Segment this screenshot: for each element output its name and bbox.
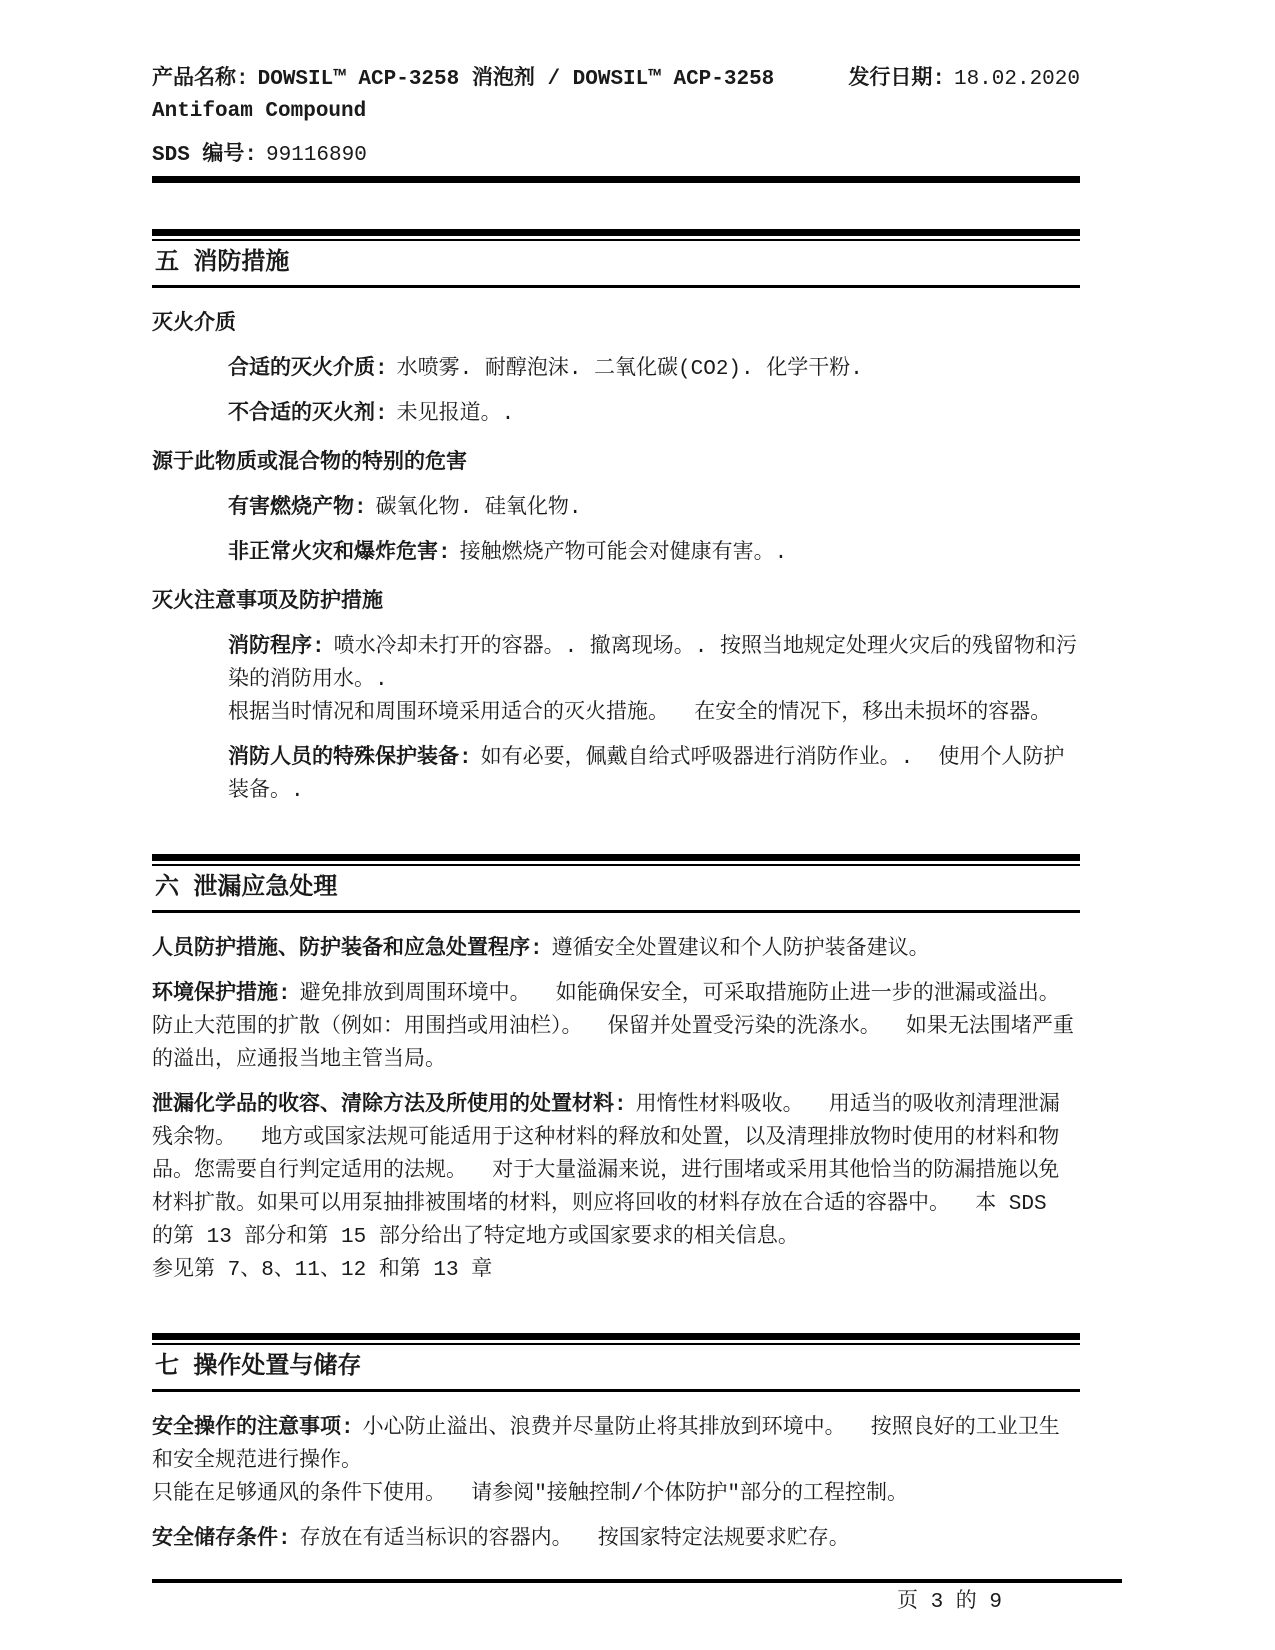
sds-number-label: SDS 编号: bbox=[152, 144, 257, 167]
firefighter-protective-equipment-label: 消防人员的特殊保护装备: bbox=[228, 747, 472, 770]
issue-date-value: 18.02.2020 bbox=[954, 68, 1080, 91]
firefighter-protective-equipment-paragraph: 消防人员的特殊保护装备:如有必要，佩戴自给式呼吸器进行消防作业。. 使用个人防护… bbox=[228, 742, 1080, 808]
hazardous-combustion-products-paragraph: 有害燃烧产物:碳氧化物. 硅氧化物. bbox=[228, 492, 1080, 525]
fire-fighting-procedures-paragraph: 消防程序:喷水冷却未打开的容器。. 撤离现场。. 按照当地规定处理火灾后的残留物… bbox=[228, 631, 1080, 730]
section-6-body: 人员防护措施、防护装备和应急处置程序:遵循安全处置建议和个人防护装备建议。 环境… bbox=[152, 933, 1080, 1287]
personal-precautions-value: 遵循安全处置建议和个人防护装备建议。 bbox=[552, 938, 930, 961]
section-6-accidental-release-measures: 六 泄漏应急处理 人员防护措施、防护装备和应急处置程序:遵循安全处置建议和个人防… bbox=[152, 854, 1080, 1287]
section-7-rule-top-thick bbox=[152, 1333, 1080, 1340]
personal-precautions-label: 人员防护措施、防护装备和应急处置程序: bbox=[152, 938, 543, 961]
fire-fighting-procedures-value: 喷水冷却未打开的容器。. 撤离现场。. 按照当地规定处理火灾后的残留物和污染的消… bbox=[228, 636, 1077, 725]
section-5-rule-bottom bbox=[152, 285, 1080, 288]
page-header: 产品名称:DOWSIL™ ACP-3258 消泡剂 / DOWSIL™ ACP-… bbox=[152, 64, 1080, 183]
firefighting-advice-subheading: 灭火注意事项及防护措施 bbox=[152, 586, 1080, 619]
containment-cleanup-label: 泄漏化学品的收容、清除方法及所使用的处置材料: bbox=[152, 1094, 627, 1117]
header-top-row: 产品名称:DOWSIL™ ACP-3258 消泡剂 / DOWSIL™ ACP-… bbox=[152, 64, 1080, 128]
suitable-extinguishing-media-paragraph: 合适的灭火介质:水喷雾. 耐醇泡沫. 二氧化碳(CO2). 化学干粉. bbox=[228, 353, 1080, 386]
section-6-header: 六 泄漏应急处理 bbox=[152, 854, 1080, 913]
section-7-title: 七 操作处置与储存 bbox=[155, 1353, 1080, 1383]
safe-storage-label: 安全储存条件: bbox=[152, 1528, 291, 1551]
section-6-rule-top-thick bbox=[152, 854, 1080, 861]
unusual-fire-hazards-value: 接触燃烧产物可能会对健康有害。. bbox=[460, 542, 788, 565]
environmental-precautions-label: 环境保护措施: bbox=[152, 983, 291, 1006]
extinguishing-media-subheading: 灭火介质 bbox=[152, 308, 1080, 341]
product-name-label: 产品名称: bbox=[152, 68, 249, 91]
sds-number: SDS 编号:99116890 bbox=[152, 140, 1080, 172]
section-7-rule-bottom bbox=[152, 1389, 1080, 1392]
section-7-rule-top-thin bbox=[152, 1343, 1080, 1345]
safe-storage-value: 存放在有适当标识的容器内。 按国家特定法规要求贮存。 bbox=[300, 1528, 850, 1551]
sds-number-value: 99116890 bbox=[266, 144, 367, 167]
sds-document-page: 产品名称:DOWSIL™ ACP-3258 消泡剂 / DOWSIL™ ACP-… bbox=[0, 0, 1275, 1650]
section-5-fire-fighting-measures: 五 消防措施 灭火介质 合适的灭火介质:水喷雾. 耐醇泡沫. 二氧化碳(CO2)… bbox=[152, 229, 1080, 808]
footer-rule bbox=[152, 1579, 1122, 1583]
special-hazards-subheading: 源于此物质或混合物的特别的危害 bbox=[152, 447, 1080, 480]
containment-cleanup-value: 用惰性材料吸收。 用适当的吸收剂清理泄漏残余物。 地方或国家法规可能适用于这种材… bbox=[152, 1094, 1060, 1282]
unusual-fire-hazards-label: 非正常火灾和爆炸危害: bbox=[228, 542, 451, 565]
section-5-body: 灭火介质 合适的灭火介质:水喷雾. 耐醇泡沫. 二氧化碳(CO2). 化学干粉.… bbox=[152, 308, 1080, 808]
page-footer: 页 3 的 9 bbox=[152, 1579, 1122, 1618]
unsuitable-extinguishing-media-paragraph: 不合适的灭火剂:未见报道。. bbox=[228, 398, 1080, 431]
containment-cleanup-paragraph: 泄漏化学品的收容、清除方法及所使用的处置材料:用惰性材料吸收。 用适当的吸收剂清… bbox=[152, 1089, 1080, 1287]
section-7-handling-and-storage: 七 操作处置与储存 安全操作的注意事项:小心防止溢出、浪费并尽量防止将其排放到环… bbox=[152, 1333, 1080, 1556]
section-5-title: 五 消防措施 bbox=[155, 249, 1080, 279]
environmental-precautions-value: 避免排放到周围环境中。 如能确保安全，可采取措施防止进一步的泄漏或溢出。 防止大… bbox=[152, 983, 1085, 1072]
section-5-rule-top-thick bbox=[152, 229, 1080, 236]
unsuitable-extinguishing-media-label: 不合适的灭火剂: bbox=[228, 403, 388, 426]
section-6-rule-bottom bbox=[152, 910, 1080, 913]
safe-handling-paragraph: 安全操作的注意事项:小心防止溢出、浪费并尽量防止将其排放到环境中。 按照良好的工… bbox=[152, 1412, 1080, 1511]
unusual-fire-hazards-paragraph: 非正常火灾和爆炸危害:接触燃烧产物可能会对健康有害。. bbox=[228, 537, 1080, 570]
issue-date-label: 发行日期: bbox=[848, 68, 945, 91]
hazardous-combustion-products-label: 有害燃烧产物: bbox=[228, 497, 367, 520]
unsuitable-extinguishing-media-value: 未见报道。. bbox=[397, 403, 515, 426]
hazardous-combustion-products-value: 碳氧化物. 硅氧化物. bbox=[376, 497, 582, 520]
section-7-header: 七 操作处置与储存 bbox=[152, 1333, 1080, 1392]
suitable-extinguishing-media-label: 合适的灭火介质: bbox=[228, 358, 388, 381]
suitable-extinguishing-media-value: 水喷雾. 耐醇泡沫. 二氧化碳(CO2). 化学干粉. bbox=[397, 358, 863, 381]
section-6-title: 六 泄漏应急处理 bbox=[155, 874, 1080, 904]
section-6-rule-top-thin bbox=[152, 864, 1080, 866]
page-number: 页 3 的 9 bbox=[152, 1588, 1122, 1618]
section-5-rule-top-thin bbox=[152, 239, 1080, 241]
personal-precautions-paragraph: 人员防护措施、防护装备和应急处置程序:遵循安全处置建议和个人防护装备建议。 bbox=[152, 933, 1080, 966]
section-5-header: 五 消防措施 bbox=[152, 229, 1080, 288]
environmental-precautions-paragraph: 环境保护措施:避免排放到周围环境中。 如能确保安全，可采取措施防止进一步的泄漏或… bbox=[152, 978, 1080, 1077]
safe-storage-paragraph: 安全储存条件:存放在有适当标识的容器内。 按国家特定法规要求贮存。 bbox=[152, 1523, 1080, 1556]
header-rule bbox=[152, 176, 1080, 183]
issue-date: 发行日期:18.02.2020 bbox=[848, 64, 1080, 96]
section-7-body: 安全操作的注意事项:小心防止溢出、浪费并尽量防止将其排放到环境中。 按照良好的工… bbox=[152, 1412, 1080, 1556]
fire-fighting-procedures-label: 消防程序: bbox=[228, 636, 325, 659]
safe-handling-label: 安全操作的注意事项: bbox=[152, 1417, 354, 1440]
product-name: 产品名称:DOWSIL™ ACP-3258 消泡剂 / DOWSIL™ ACP-… bbox=[152, 64, 848, 128]
